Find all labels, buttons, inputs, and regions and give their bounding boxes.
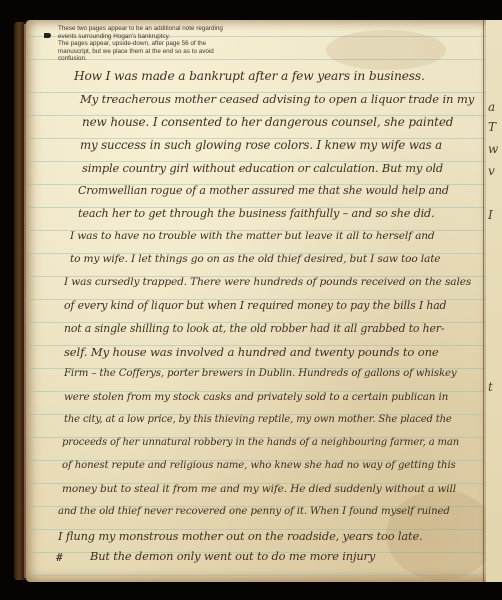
manuscript-line: Cromwellian rogue of a mother assured me… (78, 184, 449, 197)
manuscript-line: My treacherous mother ceased advising to… (80, 92, 474, 106)
handwritten-text: How I was made a bankrupt after a few ye… (0, 0, 502, 600)
manuscript-scan: a T w v I t These two pages appear to be… (0, 0, 502, 600)
manuscript-line: money but to steal it from me and my wif… (62, 483, 456, 495)
manuscript-line: I flung my monstrous mother out on the r… (58, 529, 423, 543)
manuscript-line: proceeds of her unnatural robbery in the… (62, 437, 459, 448)
margin-cross-mark: # (56, 551, 61, 564)
manuscript-line: not a single shilling to look at, the ol… (64, 322, 444, 335)
manuscript-line: my success in such glowing rose colors. … (80, 138, 442, 152)
manuscript-line: and the old thief never recovered one pe… (58, 506, 450, 517)
manuscript-heading: How I was made a bankrupt after a few ye… (74, 69, 425, 83)
manuscript-line: were stolen from my stock casks and priv… (64, 391, 448, 403)
manuscript-line: I was to have no trouble with the matter… (70, 230, 435, 242)
manuscript-line: of every kind of liquor but when I requi… (64, 299, 446, 312)
manuscript-line: simple country girl without education or… (82, 161, 443, 175)
manuscript-line: I was cursedly trapped. There were hundr… (64, 276, 471, 288)
manuscript-line: self. My house was involved a hundred an… (64, 345, 439, 359)
manuscript-line: But the demon only went out to do me mor… (90, 549, 375, 563)
manuscript-line: of honest repute and religious name, who… (62, 460, 456, 471)
manuscript-line: to my wife. I let things go on as the ol… (70, 253, 440, 265)
manuscript-line: teach her to get through the business fa… (78, 207, 434, 220)
manuscript-line: new house. I consented to her dangerous … (82, 115, 453, 129)
manuscript-line: the city, at a low price, by this thievi… (64, 414, 452, 425)
manuscript-line: Firm – the Cofferys, porter brewers in D… (64, 368, 456, 379)
